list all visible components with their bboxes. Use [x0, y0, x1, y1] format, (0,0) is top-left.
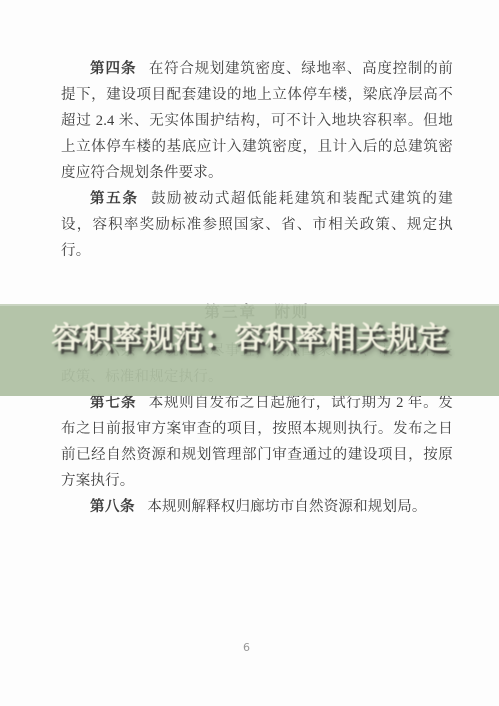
- article-5: 第五条鼓励被动式超低能耗建筑和装配式建筑的建设，容积率奖励标准参照国家、省、市相…: [61, 186, 453, 264]
- article-4-text: 在符合规划建筑密度、绿地率、高度控制的前提下，建设项目配套建设的地上立体停车楼，…: [61, 61, 453, 181]
- article-7: 第七条本规则自发布之日起施行，试行期为 2 年。发布之日前报审方案审查的项目，按…: [61, 390, 453, 494]
- document-page: 第四条在符合规划建筑密度、绿地率、高度控制的前提下，建设项目配套建设的地上立体停…: [0, 0, 499, 706]
- overlay-banner: 容积率规范：容积率相关规定: [0, 304, 499, 396]
- article-8-term: 第八条: [90, 499, 135, 515]
- article-8: 第八条本规则解释权归廊坊市自然资源和规划局。: [61, 494, 453, 520]
- document-content: 第四条在符合规划建筑密度、绿地率、高度控制的前提下，建设项目配套建设的地上立体停…: [61, 56, 453, 520]
- article-5-term: 第五条: [90, 191, 139, 207]
- page-number-mark: 6: [243, 641, 250, 654]
- banner-title: 容积率规范：容积率相关规定: [0, 313, 499, 357]
- article-4: 第四条在符合规划建筑密度、绿地率、高度控制的前提下，建设项目配套建设的地上立体停…: [61, 56, 453, 186]
- article-8-text: 本规则解释权归廊坊市自然资源和规划局。: [147, 499, 426, 515]
- article-7-term: 第七条: [90, 395, 136, 411]
- article-4-term: 第四条: [90, 61, 137, 77]
